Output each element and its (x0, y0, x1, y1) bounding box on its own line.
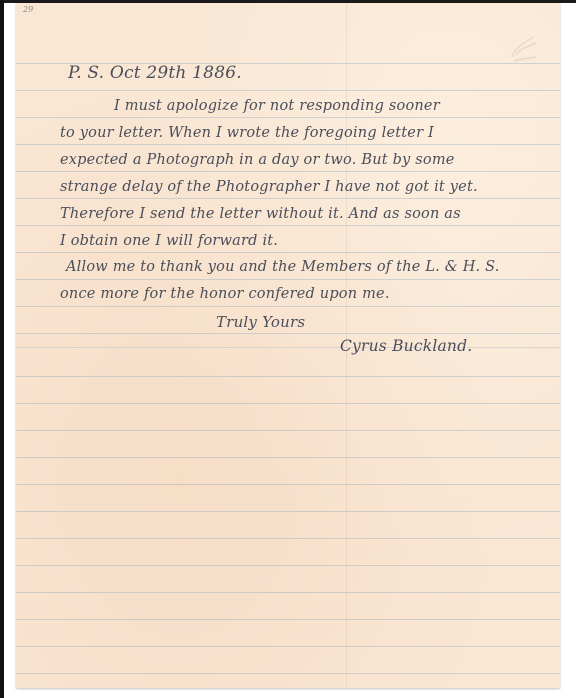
page-number: 29 (23, 5, 33, 14)
ruled-line (16, 619, 560, 620)
letter-line-8: once more for the honor confered upon me… (60, 286, 390, 302)
ruled-line (16, 198, 560, 199)
letter-page: 29 P. S. Oct 29th 1886. I must apologize… (16, 3, 560, 688)
letter-closing: Truly Yours (216, 313, 305, 331)
letter-line-7: Allow me to thank you and the Members of… (66, 259, 500, 275)
ruled-line (16, 225, 560, 226)
embossed-stamp-icon (506, 33, 542, 69)
ruled-line (16, 484, 560, 485)
ruled-line (16, 252, 560, 253)
ruled-line (16, 673, 560, 674)
ruled-line (16, 376, 560, 377)
scan-left-edge (0, 0, 4, 698)
letter-line-1: I must apologize for not responding soon… (114, 98, 440, 114)
letter-signature: Cyrus Buckland. (340, 337, 472, 355)
ruled-line (16, 306, 560, 307)
ruled-line (16, 90, 560, 91)
ruled-line (16, 279, 560, 280)
letter-line-2: to your letter. When I wrote the foregoi… (60, 125, 434, 141)
letter-line-6: I obtain one I will forward it. (60, 233, 278, 249)
ruled-line (16, 430, 560, 431)
ruled-line (16, 117, 560, 118)
ruled-line (16, 457, 560, 458)
ruled-line (16, 592, 560, 593)
ruled-line (16, 538, 560, 539)
paper-fold (16, 347, 560, 349)
ruled-line (16, 403, 560, 404)
ruled-line (16, 171, 560, 172)
ruled-line (16, 565, 560, 566)
letter-line-5: Therefore I send the letter without it. … (60, 206, 461, 222)
ruled-line (16, 646, 560, 647)
ruled-line (16, 511, 560, 512)
letter-line-3: expected a Photograph in a day or two. B… (60, 152, 455, 168)
ruled-line (16, 144, 560, 145)
postscript-date-heading: P. S. Oct 29th 1886. (68, 63, 242, 83)
letter-line-4: strange delay of the Photographer I have… (60, 179, 478, 195)
ruled-line (16, 333, 560, 334)
